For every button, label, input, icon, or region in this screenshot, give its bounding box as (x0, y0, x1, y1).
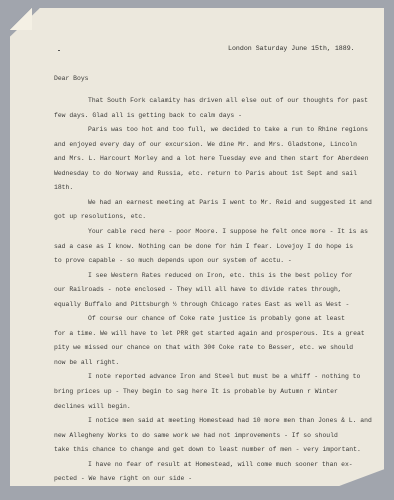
letter-line: Of course our chance of Coke rate justic… (54, 312, 345, 327)
letter-line: few days. Glad all is getting back to ca… (54, 109, 242, 124)
letter-line: now be all right. (54, 356, 119, 371)
letter-line: I have no fear of result at Homestead, w… (54, 458, 353, 473)
letter-line: pected - We have right on our side - (54, 472, 192, 487)
letter-line: That South Fork calamity has driven all … (54, 94, 368, 109)
paper-blemish (58, 50, 60, 51)
letter-line: take this chance to change and get down … (54, 443, 361, 458)
letter-line: and enjoyed every day of our excursion. … (54, 138, 357, 153)
letter-line: new Allegheny Works to do same work we h… (54, 429, 338, 444)
letter-line: I note reported advance Iron and Steel b… (54, 370, 360, 385)
letter-line: I see Western Rates reduced on Iron, etc… (54, 269, 353, 284)
letter-line: our Railroads - note enclosed - They wil… (54, 283, 342, 298)
letter-line: equally Buffalo and Pittsburgh ½ through… (54, 298, 349, 313)
letter-line: got up resolutions, etc. (54, 210, 146, 225)
letter-line: for a time. We will have to let PRR get … (54, 327, 365, 342)
letter-line: Paris was too hot and too full, we decid… (54, 123, 368, 138)
letter-line: pity we missed our chance on that with 3… (54, 341, 353, 356)
letter-line: bring prices up - They begin to sag here… (54, 385, 338, 400)
letter-line: 18th. (54, 181, 73, 196)
letter-line: Wednesday to do Norway and Russia, etc. … (54, 167, 357, 182)
folded-corner (10, 8, 32, 30)
letter-line: declines will begin. (54, 400, 131, 415)
letter-line: I notice men said at meeting Homestead h… (54, 414, 372, 429)
letter-line: We had an earnest meeting at Paris I wen… (54, 196, 372, 211)
letter-line: sad a case as I know. Nothing can be don… (54, 240, 353, 255)
letter-line: to prove capable - so much depends upon … (54, 254, 292, 269)
letter-line: Your cable recd here - poor Moore. I sup… (54, 225, 368, 240)
salutation: Dear Boys (54, 72, 89, 87)
date-line: London Saturday June 15th, 1889. (228, 45, 355, 52)
letter-line: and Mrs. L. Harcourt Morley and a lot he… (54, 152, 368, 167)
